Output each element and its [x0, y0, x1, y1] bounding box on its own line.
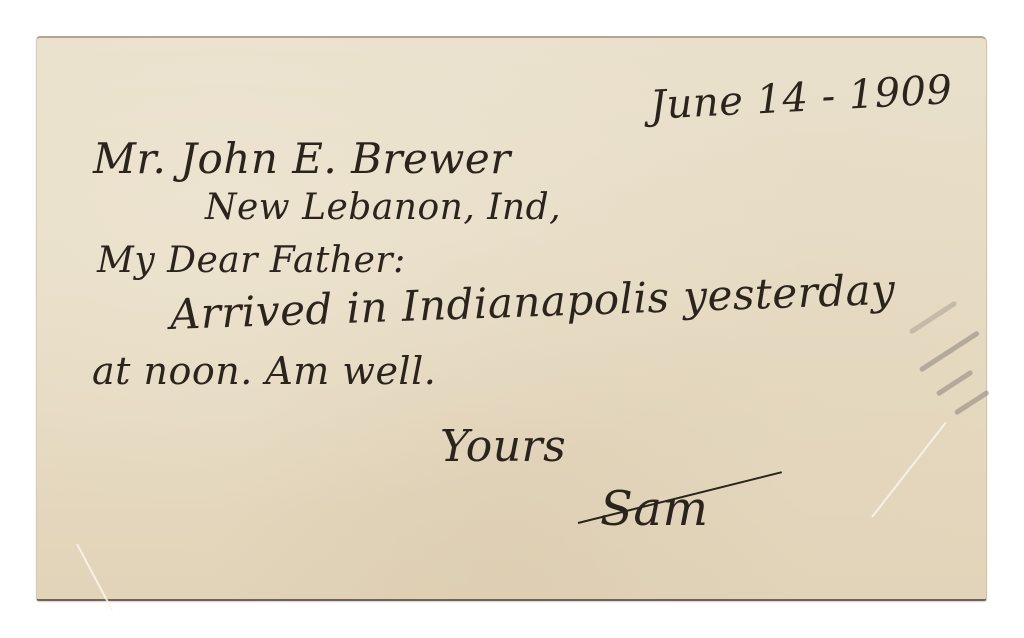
signature: Sam [600, 485, 709, 533]
paper-crease [871, 422, 946, 518]
salutation: My Dear Father: [97, 243, 406, 279]
recipient-name: Mr. John E. Brewer [93, 138, 511, 180]
recipient-address: New Lebanon, Ind, [205, 190, 561, 226]
closing: Yours [440, 425, 566, 469]
paper-crease [76, 544, 113, 611]
body-line-2: at noon. Am well. [92, 352, 436, 390]
